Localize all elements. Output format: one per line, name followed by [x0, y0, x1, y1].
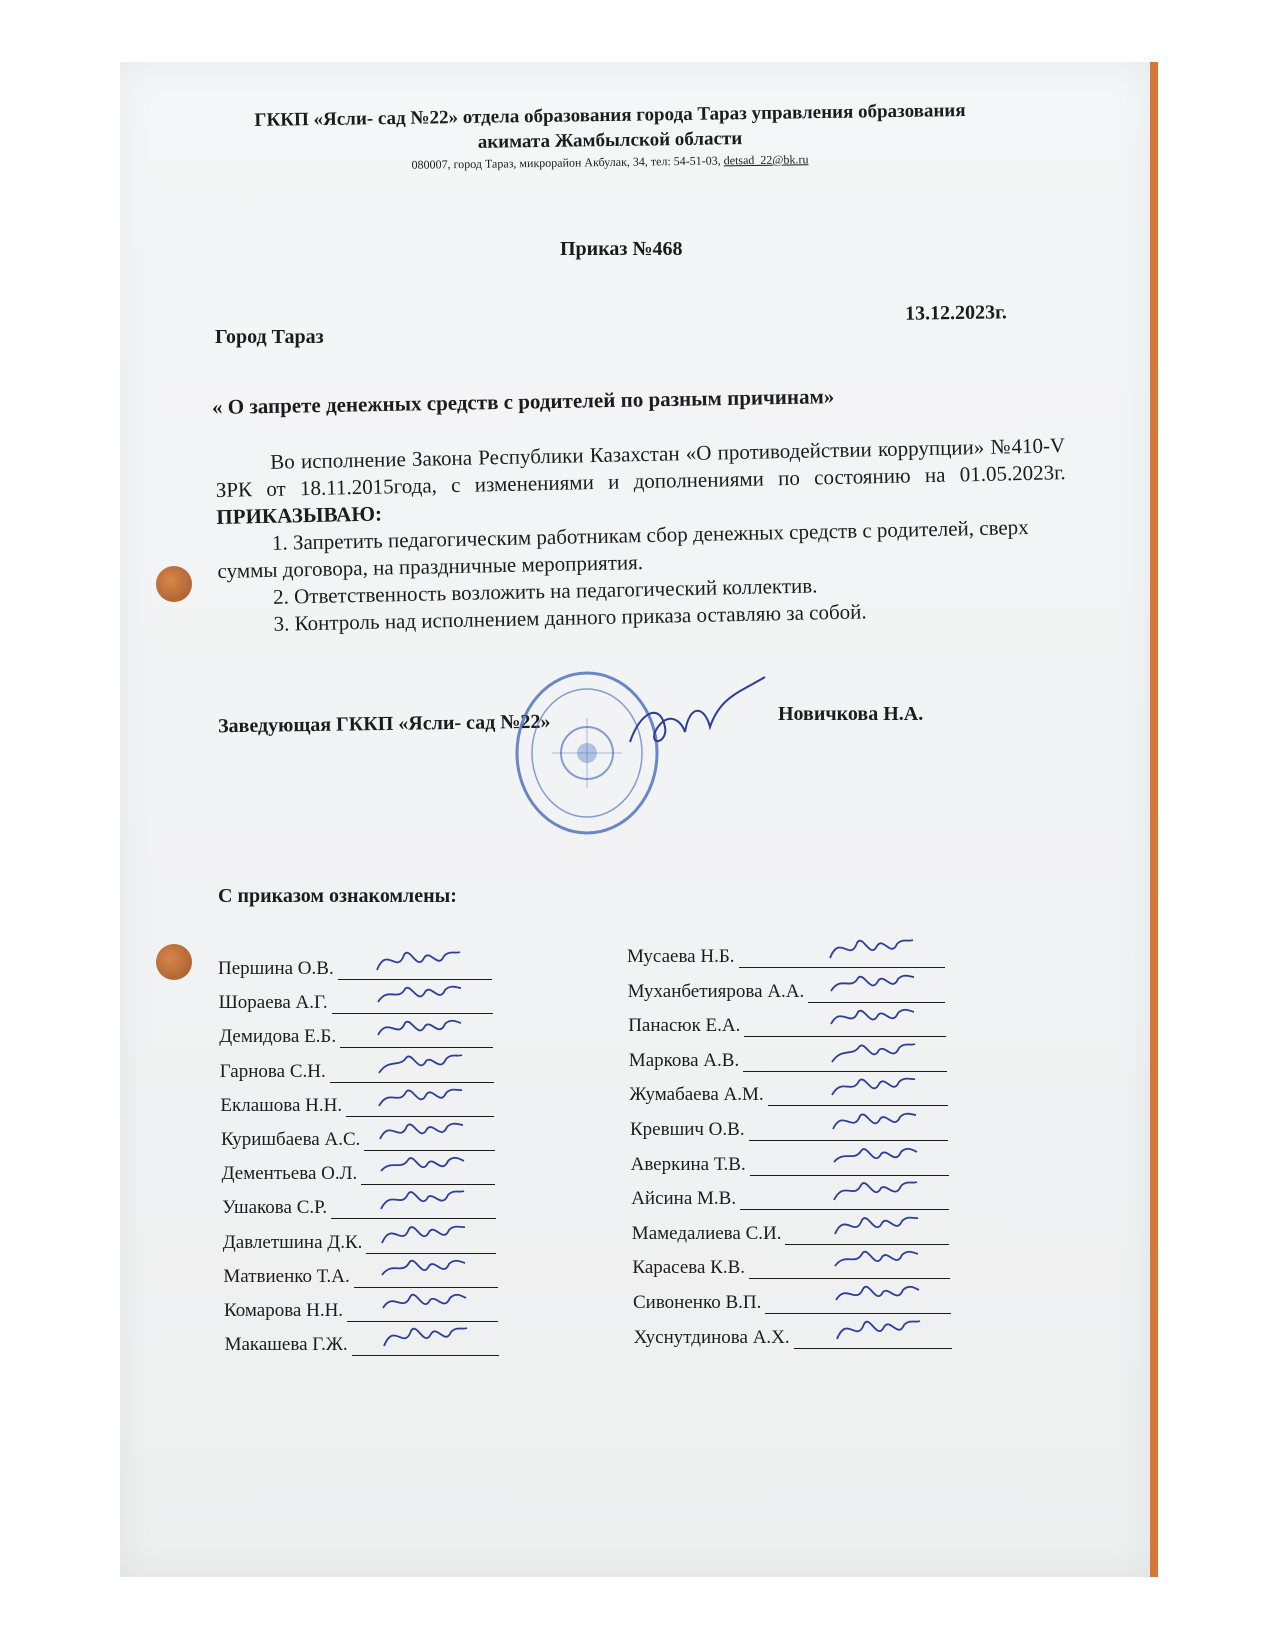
address-text: 080007, город Тараз, микрорайон Акбулак,… — [411, 153, 723, 171]
email-link[interactable]: detsad_22@bk.ru — [724, 152, 809, 167]
employee-name: Еклашова Н.Н. — [220, 1095, 342, 1117]
employee-name: Панасюк Е.А. — [628, 1015, 740, 1037]
employee-name: Жумабаева А.М. — [629, 1084, 763, 1106]
directive: ПРИКАЗЫВАЮ: — [216, 502, 382, 529]
employee-name: Муханбетиярова А.А. — [628, 981, 805, 1003]
order-date: 13.12.2023г. — [905, 301, 1007, 325]
employee-name: Макашева Г.Ж. — [225, 1334, 348, 1356]
employee-name: Хуснутдинова А.Х. — [634, 1327, 790, 1349]
employee-name: Комарова Н.Н. — [224, 1300, 343, 1322]
handwritten-signature-icon — [832, 1309, 922, 1349]
employee-name: Аверкина Т.В. — [631, 1154, 746, 1176]
employee-name: Ушакова С.Р. — [222, 1197, 327, 1219]
head-signature-icon — [610, 672, 770, 772]
employee-name: Кревшич О.В. — [630, 1119, 745, 1141]
employee-name: Сивоненко В.П. — [633, 1292, 761, 1314]
employee-name: Гарнова С.Н. — [220, 1061, 326, 1083]
acknowledgement-heading: С приказом ознакомлены: — [218, 885, 457, 908]
employee-name: Дементьева О.Л. — [222, 1163, 358, 1185]
employee-name: Мусаева Н.Б. — [627, 946, 735, 968]
paper-edge — [1150, 62, 1158, 1577]
employee-name: Демидова Е.Б. — [219, 1026, 336, 1048]
signatory-name: Новичкова Н.А. — [778, 703, 923, 726]
punch-hole — [156, 944, 192, 980]
signatory-role: Заведующая ГККП «Ясли- сад №22» — [218, 711, 551, 739]
employee-name: Шораева А.Г. — [219, 992, 328, 1014]
employee-name: Маркова А.В. — [629, 1050, 739, 1072]
employee-name: Першина О.В. — [218, 958, 334, 980]
employee-name: Матвиенко Т.А. — [223, 1266, 349, 1288]
punch-hole — [156, 566, 192, 602]
handwritten-signature-icon — [379, 1316, 469, 1356]
employee-name: Карасева К.В. — [632, 1257, 745, 1279]
employee-name: Мамедалиева С.И. — [632, 1223, 782, 1245]
employee-name: Айсина М.В. — [631, 1188, 736, 1210]
employee-name: Давлетшина Д.К. — [223, 1232, 363, 1254]
order-city: Город Тараз — [215, 326, 324, 349]
employee-name: Куришбаева А.С. — [221, 1129, 360, 1151]
order-body: Во исполнение Закона Республики Казахста… — [215, 432, 1069, 639]
order-title: Приказ №468 — [560, 238, 683, 261]
